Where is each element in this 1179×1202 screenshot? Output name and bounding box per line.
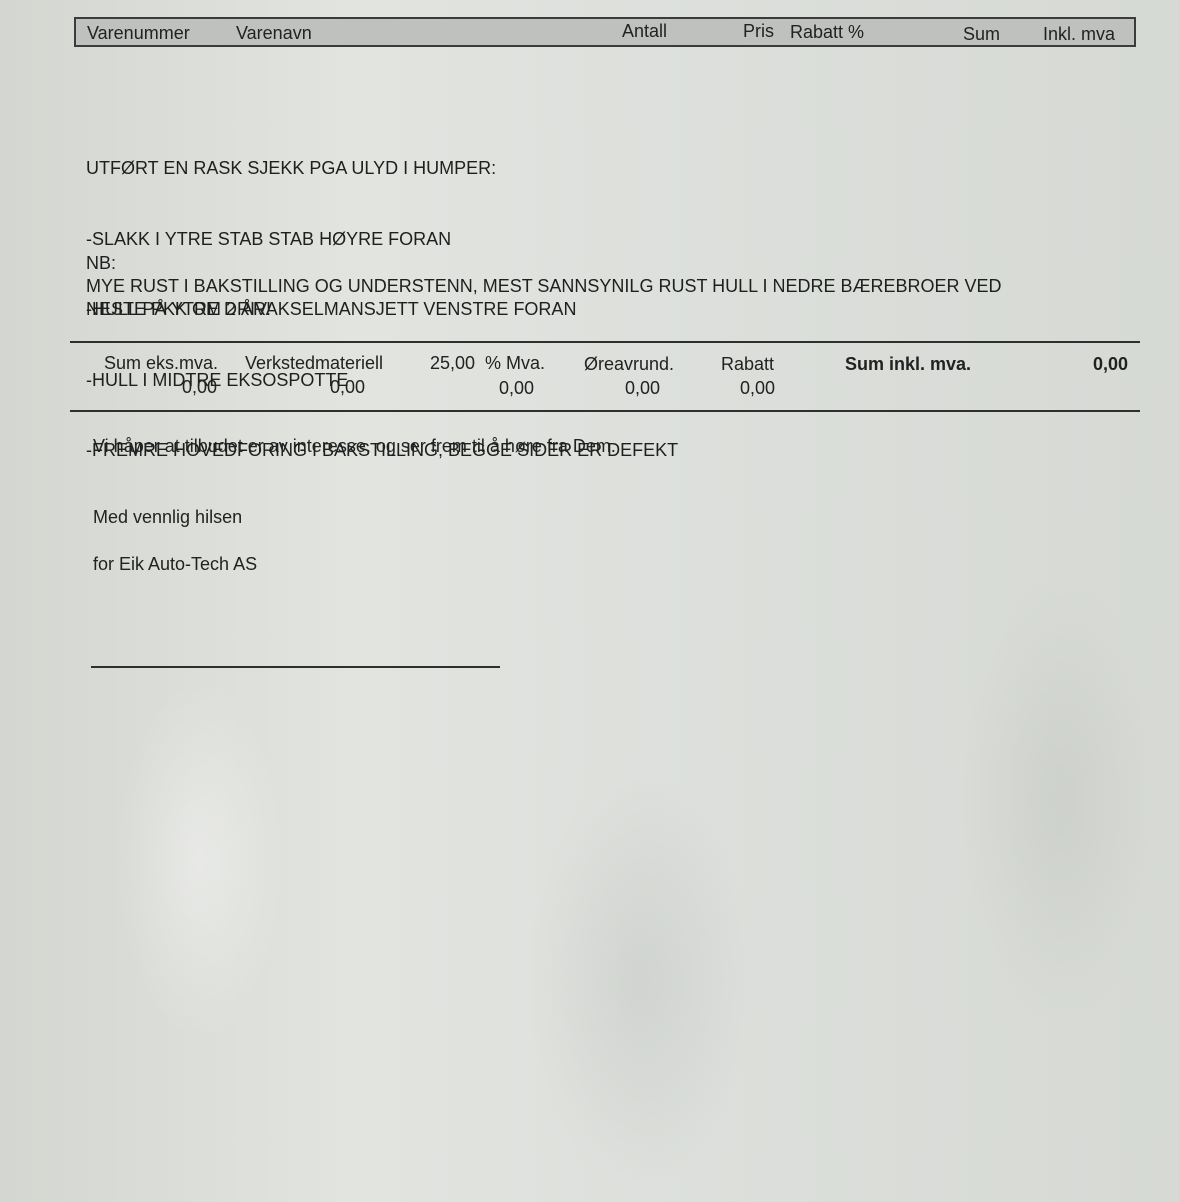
column-header-inkl-mva: Inkl. mva bbox=[1043, 24, 1115, 45]
total-label-mva: 25,00 % Mva. bbox=[430, 353, 545, 374]
table-header: Varenummer Varenavn Antall Pris Rabatt %… bbox=[74, 17, 1136, 47]
signature-line bbox=[91, 666, 500, 668]
total-value-rabatt: 0,00 bbox=[740, 378, 775, 399]
note-line: UTFØRT EN RASK SJEKK PGA ULYD I HUMPER: bbox=[86, 157, 678, 181]
nb-label: NB: bbox=[86, 252, 1002, 275]
grand-total-value: 0,00 bbox=[1093, 354, 1128, 375]
totals-top-rule bbox=[70, 341, 1140, 343]
note-line: -SLAKK I YTRE STAB STAB HØYRE FORAN bbox=[86, 228, 678, 252]
column-header-antall: Antall bbox=[622, 21, 667, 42]
total-label-sum-eks-mva: Sum eks.mva. bbox=[104, 353, 218, 374]
total-label-verkstedmateriell: Verkstedmateriell bbox=[245, 353, 383, 374]
column-header-varenummer: Varenummer bbox=[87, 23, 190, 44]
column-header-varenavn: Varenavn bbox=[236, 23, 312, 44]
total-value-verkstedmateriell: 0,00 bbox=[330, 377, 365, 398]
column-header-rabatt: Rabatt % bbox=[790, 22, 864, 43]
nb-line: NESTE PKK OM 2 ÅR! bbox=[86, 298, 1002, 321]
total-value-mva: 0,00 bbox=[499, 378, 534, 399]
column-header-pris: Pris bbox=[743, 21, 774, 42]
nb-section: NB: MYE RUST I BAKSTILLING OG UNDERSTENN… bbox=[86, 252, 1002, 321]
total-label-rabatt: Rabatt bbox=[721, 354, 774, 375]
total-value-sum-eks-mva: 0,00 bbox=[182, 377, 217, 398]
totals-bottom-rule bbox=[70, 410, 1140, 412]
total-value-oreavrund: 0,00 bbox=[625, 378, 660, 399]
total-label-oreavrund: Øreavrund. bbox=[584, 354, 674, 375]
closing-message: Vi håper at tilbudet er av interesse, og… bbox=[93, 436, 616, 457]
grand-total-label: Sum inkl. mva. bbox=[845, 354, 971, 375]
closing-greeting: Med vennlig hilsen bbox=[93, 507, 242, 528]
column-header-sum: Sum bbox=[963, 24, 1000, 45]
nb-line: MYE RUST I BAKSTILLING OG UNDERSTENN, ME… bbox=[86, 275, 1002, 298]
company-name: for Eik Auto-Tech AS bbox=[93, 554, 257, 575]
